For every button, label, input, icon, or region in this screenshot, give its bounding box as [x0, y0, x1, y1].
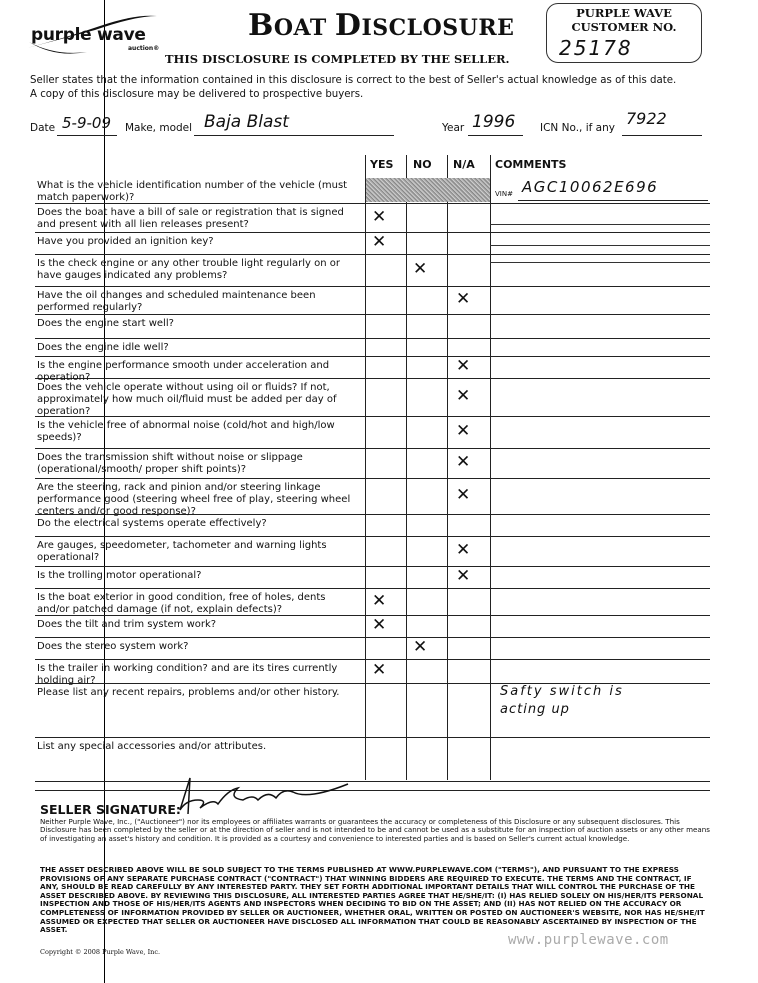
signature-line — [35, 790, 710, 791]
question-text: Is the trolling motor operational? — [37, 570, 357, 582]
icn-label: ICN No., if any — [540, 122, 615, 134]
checkbox-mark-yes[interactable]: ✕ — [372, 209, 386, 226]
checkbox-mark-no[interactable]: ✕ — [413, 261, 427, 278]
question-text: Does the vehicle operate without using o… — [37, 382, 357, 418]
purple-wave-logo: purple wave auction® — [25, 8, 160, 58]
checkbox-mark-na[interactable]: ✕ — [456, 487, 470, 504]
table-row: Does the transmission shift without nois… — [35, 448, 710, 479]
date-label: Date — [30, 122, 55, 134]
checkbox-mark-na[interactable]: ✕ — [456, 542, 470, 559]
question-text: Is the vehicle free of abnormal noise (c… — [37, 420, 357, 444]
make-model-label: Make, model — [125, 122, 192, 134]
table-row: Does the stereo system work? — [35, 637, 710, 660]
question-text: Please list any recent repairs, problems… — [37, 687, 357, 699]
vin-label: VIN# — [495, 190, 513, 198]
column-header-comments: COMMENTS — [495, 158, 566, 171]
intro-line-2: A copy of this disclosure may be deliver… — [30, 88, 676, 102]
vin-field[interactable]: AGC10062E696 — [522, 178, 658, 196]
question-text: Have the oil changes and scheduled maint… — [37, 290, 357, 314]
customer-number-box: PURPLE WAVECUSTOMER NO. 25178 — [546, 3, 702, 63]
checkbox-mark-yes[interactable]: ✕ — [372, 234, 386, 251]
checkbox-mark-no[interactable]: ✕ — [413, 639, 427, 656]
intro-text: Seller states that the information conta… — [30, 74, 676, 102]
checkbox-mark-yes[interactable]: ✕ — [372, 662, 386, 679]
question-text: List any special accessories and/or attr… — [37, 741, 357, 753]
table-row: List any special accessories and/or attr… — [35, 737, 710, 782]
question-text: Is the check engine or any other trouble… — [37, 258, 357, 282]
checkbox-mark-na[interactable]: ✕ — [456, 454, 470, 471]
copyright-text: Copyright © 2008 Purple Wave, Inc. — [40, 948, 160, 956]
column-header-yes: YES — [370, 158, 393, 171]
year-field[interactable]: 1996 — [472, 112, 515, 132]
table-row: Are gauges, speedometer, tachometer and … — [35, 536, 710, 567]
column-header-no: NO — [413, 158, 432, 171]
checkbox-mark-na[interactable]: ✕ — [456, 358, 470, 375]
table-row: Does the engine idle well? — [35, 338, 710, 357]
table-row: Is the trolling motor operational? — [35, 566, 710, 589]
page-subtitle: THIS DISCLOSURE IS COMPLETED BY THE SELL… — [165, 52, 510, 66]
terms-text: THE ASSET DESCRIBED ABOVE WILL BE SOLD S… — [40, 866, 712, 935]
vehicle-info-line: Date 5-9-09 Make, model Baja Blast Year … — [30, 112, 730, 136]
year-label: Year — [442, 122, 464, 134]
repairs-comment-line-2[interactable]: acting up — [500, 702, 570, 717]
table-row: Is the engine performance smooth under a… — [35, 356, 710, 379]
question-text: Are gauges, speedometer, tachometer and … — [37, 540, 357, 564]
table-row: Is the vehicle free of abnormal noise (c… — [35, 416, 710, 449]
table-row: Is the check engine or any other trouble… — [35, 254, 710, 287]
checkbox-mark-na[interactable]: ✕ — [456, 423, 470, 440]
question-text: Does the tilt and trim system work? — [37, 619, 357, 631]
date-field[interactable]: 5-9-09 — [62, 114, 111, 132]
make-model-field[interactable]: Baja Blast — [204, 112, 289, 132]
table-row: Does the vehicle operate without using o… — [35, 378, 710, 417]
question-text: Have you provided an ignition key? — [37, 236, 357, 248]
checkbox-mark-yes[interactable]: ✕ — [372, 593, 386, 610]
checkbox-mark-na[interactable]: ✕ — [456, 568, 470, 585]
question-text: Does the stereo system work? — [37, 641, 357, 653]
question-text: Does the engine idle well? — [37, 342, 357, 354]
icn-field[interactable]: 7922 — [626, 109, 667, 128]
checkbox-mark-yes[interactable]: ✕ — [372, 617, 386, 634]
seller-signature[interactable] — [158, 770, 358, 816]
customer-number-value[interactable]: 25178 — [559, 36, 633, 60]
column-header-na: N/A — [453, 158, 475, 171]
shaded-cells — [366, 178, 490, 202]
table-row: Are the steering, rack and pinion and/or… — [35, 478, 710, 515]
table-row: Have the oil changes and scheduled maint… — [35, 286, 710, 315]
intro-line-1: Seller states that the information conta… — [30, 74, 676, 88]
checkbox-mark-na[interactable]: ✕ — [456, 291, 470, 308]
checkbox-mark-na[interactable]: ✕ — [456, 388, 470, 405]
website-url: www.purplewave.com — [508, 932, 669, 948]
logo-wordmark: purple wave — [31, 25, 146, 45]
question-text: Does the engine start well? — [37, 318, 357, 330]
logo-subtext: auction® — [128, 45, 159, 52]
question-text: What is the vehicle identification numbe… — [37, 180, 357, 204]
table-row: Do the electrical systems operate effect… — [35, 514, 710, 537]
customer-box-label-1: PURPLE WAVE — [576, 6, 672, 20]
question-text: Is the boat exterior in good condition, … — [37, 592, 357, 616]
question-text: Are the steering, rack and pinion and/or… — [37, 482, 357, 518]
question-text: Does the boat have a bill of sale or reg… — [37, 207, 357, 231]
table-row: Does the engine start well? — [35, 314, 710, 339]
question-text: Do the electrical systems operate effect… — [37, 518, 357, 530]
disclaimer-text: Neither Purple Wave, Inc., ("Auctioneer"… — [40, 818, 712, 843]
question-text: Does the transmission shift without nois… — [37, 452, 357, 476]
page-title: BOAT DISCLOSURE — [248, 8, 514, 43]
customer-box-label-2: CUSTOMER NO. — [572, 20, 677, 34]
repairs-comment-line-1[interactable]: Safty switch is — [500, 684, 624, 699]
